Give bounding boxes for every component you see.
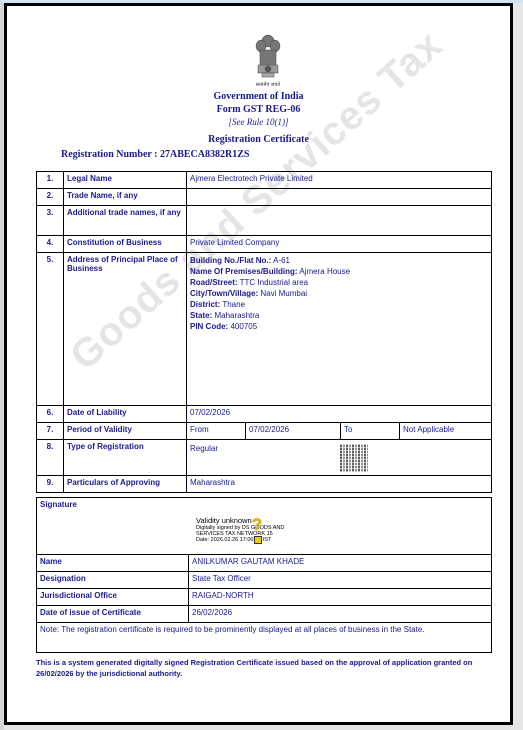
table-row: 6. Date of Liability 07/02/2026 bbox=[37, 406, 492, 423]
svg-text:सत्यमेव जयते: सत्यमेव जयते bbox=[256, 81, 281, 88]
header-form: Form GST REG-06 bbox=[7, 104, 510, 115]
note-row: Note: The registration certificate is re… bbox=[37, 623, 492, 653]
table-row: 3. Additional trade names, if any bbox=[37, 206, 492, 236]
approving-authority-value: Maharashtra bbox=[187, 476, 492, 493]
registration-type-value: Regular bbox=[190, 442, 340, 453]
validity-from-value: 07/02/2026 bbox=[246, 423, 341, 440]
table-row: Date of issue of Certificate 26/02/2026 bbox=[37, 606, 492, 623]
system-generated-footnote: This is a system generated digitally sig… bbox=[36, 657, 496, 679]
note-text: Note: The registration certificate is re… bbox=[37, 623, 492, 653]
signature-validity-unknown-icon[interactable]: ? bbox=[250, 516, 264, 534]
table-row: 8. Type of Registration Regular bbox=[37, 440, 492, 476]
jurisdictional-office-value: RAIGAD-NORTH bbox=[189, 589, 492, 606]
registration-type-cell: Regular bbox=[187, 440, 492, 476]
table-row: 2. Trade Name, if any bbox=[37, 189, 492, 206]
table-row: Name ANILKUMAR GAUTAM KHADE bbox=[37, 555, 492, 572]
trade-name-value bbox=[187, 189, 492, 206]
signature-table: Signature Validity unknown Digitally sig… bbox=[36, 497, 492, 653]
table-row: 9. Particulars of Approving Maharashtra bbox=[37, 476, 492, 493]
legal-name-value: Ajmera Electrotech Private Limited bbox=[187, 172, 492, 189]
table-row: Jurisdictional Office RAIGAD-NORTH bbox=[37, 589, 492, 606]
header-government: Government of India bbox=[7, 91, 510, 102]
constitution-value: Private Limited Company bbox=[187, 236, 492, 253]
designation-value: State Tax Officer bbox=[189, 572, 492, 589]
table-row: 4. Constitution of Business Private Limi… bbox=[37, 236, 492, 253]
address-value: Building No./Flat No.: A-61 Name Of Prem… bbox=[187, 253, 492, 406]
table-row: 1. Legal Name Ajmera Electrotech Private… bbox=[37, 172, 492, 189]
registration-details-table: 1. Legal Name Ajmera Electrotech Private… bbox=[36, 171, 492, 493]
additional-trade-names-value bbox=[187, 206, 492, 236]
header-title: Registration Certificate bbox=[7, 134, 510, 145]
officer-name-value: ANILKUMAR GAUTAM KHADE bbox=[189, 555, 492, 572]
signature-row: Signature Validity unknown Digitally sig… bbox=[37, 498, 492, 555]
digital-signature[interactable]: Validity unknown Digitally signed by DS … bbox=[196, 516, 284, 543]
national-emblem-icon: सत्यमेव जयते bbox=[250, 32, 286, 90]
table-row: 5. Address of Principal Place of Busines… bbox=[37, 253, 492, 406]
date-of-liability-value: 07/02/2026 bbox=[187, 406, 492, 423]
header-rule: [See Rule 10(1)] bbox=[7, 117, 510, 127]
qr-code-icon bbox=[340, 444, 368, 472]
table-row: 7. Period of Validity From 07/02/2026 To… bbox=[37, 423, 492, 440]
certificate-page: Goods and Services Tax सत्यमेव जयते Gove… bbox=[4, 3, 513, 725]
validity-to-value: Not Applicable bbox=[400, 423, 492, 440]
issue-date-value: 26/02/2026 bbox=[189, 606, 492, 623]
signature-label: Signature bbox=[40, 500, 488, 509]
registration-number: Registration Number : 27ABECA8382R1ZS bbox=[61, 149, 249, 160]
table-row: Designation State Tax Officer bbox=[37, 572, 492, 589]
signature-status-marker-icon bbox=[254, 536, 262, 544]
